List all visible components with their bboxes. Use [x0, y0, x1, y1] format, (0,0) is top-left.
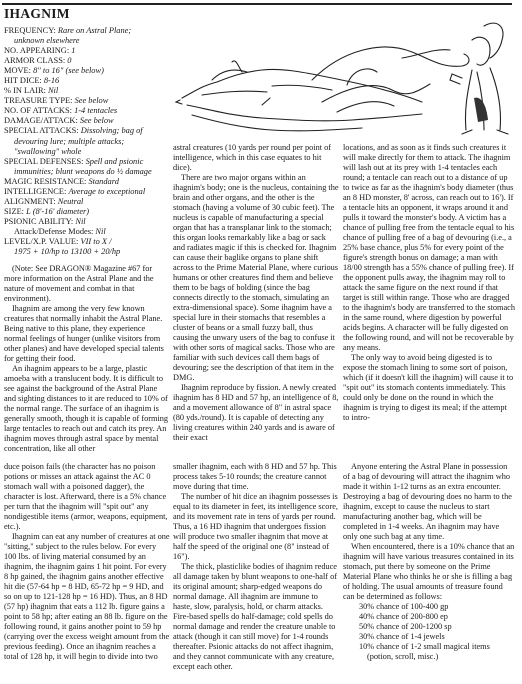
treasure-list: 30% chance of 100-400 gp 40% chance of 2… [343, 602, 515, 662]
paragraph: Ihagnim are among the very few known cre… [4, 304, 170, 364]
treasure-item: 40% chance of 200-800 ep [343, 612, 515, 622]
treasure-item: 50% chance of 200-1200 sp [343, 622, 515, 632]
treasure-item: 10% chance of 1-2 small magical items [343, 642, 515, 652]
column-3-bottom: Anyone entering the Astral Plane in poss… [343, 462, 515, 662]
paragraph: smaller ihagnim, each with 8 HD and 57 h… [173, 462, 339, 492]
column-1-bottom: duce poison fails (the character has no … [4, 462, 170, 662]
column-2-top: astral creatures (10 yards per round per… [173, 143, 339, 443]
paragraph: When encountered, there is a 10% chance … [343, 542, 515, 602]
column-1-top: (Note: See DRAGON® Magazine #67 for more… [4, 264, 170, 454]
paragraph: The number of hit dice an ihagnim posses… [173, 492, 339, 562]
paragraph: Anyone entering the Astral Plane in poss… [343, 462, 515, 542]
paragraph: (Note: See DRAGON® Magazine #67 for more… [4, 264, 170, 304]
paragraph: astral creatures (10 yards per round per… [173, 143, 339, 173]
treasure-item: 30% chance of 100-400 gp [343, 602, 515, 612]
paragraph: The thick, plasticlike bodies of ihagnim… [173, 562, 339, 672]
column-2-bottom: smaller ihagnim, each with 8 HD and 57 h… [173, 462, 339, 672]
ihagnim-illustration [172, 10, 517, 135]
paragraph: locations, and as soon as it finds such … [343, 143, 515, 353]
paragraph: An ihagnim appears to be a large, plasti… [4, 364, 170, 454]
paragraph: Ihagnim can eat any number of creatures … [4, 532, 170, 662]
paragraph: There are two major organs within an iha… [173, 173, 339, 383]
paragraph: Ihagnim reproduce by fission. A newly cr… [173, 383, 339, 443]
header-rule [2, 3, 512, 5]
treasure-item: 30% chance of 1-4 jewels [343, 632, 515, 642]
page-title: IHAGNIM [4, 6, 70, 22]
column-3-top: locations, and as soon as it finds such … [343, 143, 515, 423]
paragraph: duce poison fails (the character has no … [4, 462, 170, 532]
treasure-item-continuation: (potion, scroll, misc.) [343, 652, 515, 662]
paragraph: The only way to avoid being digested is … [343, 353, 515, 423]
